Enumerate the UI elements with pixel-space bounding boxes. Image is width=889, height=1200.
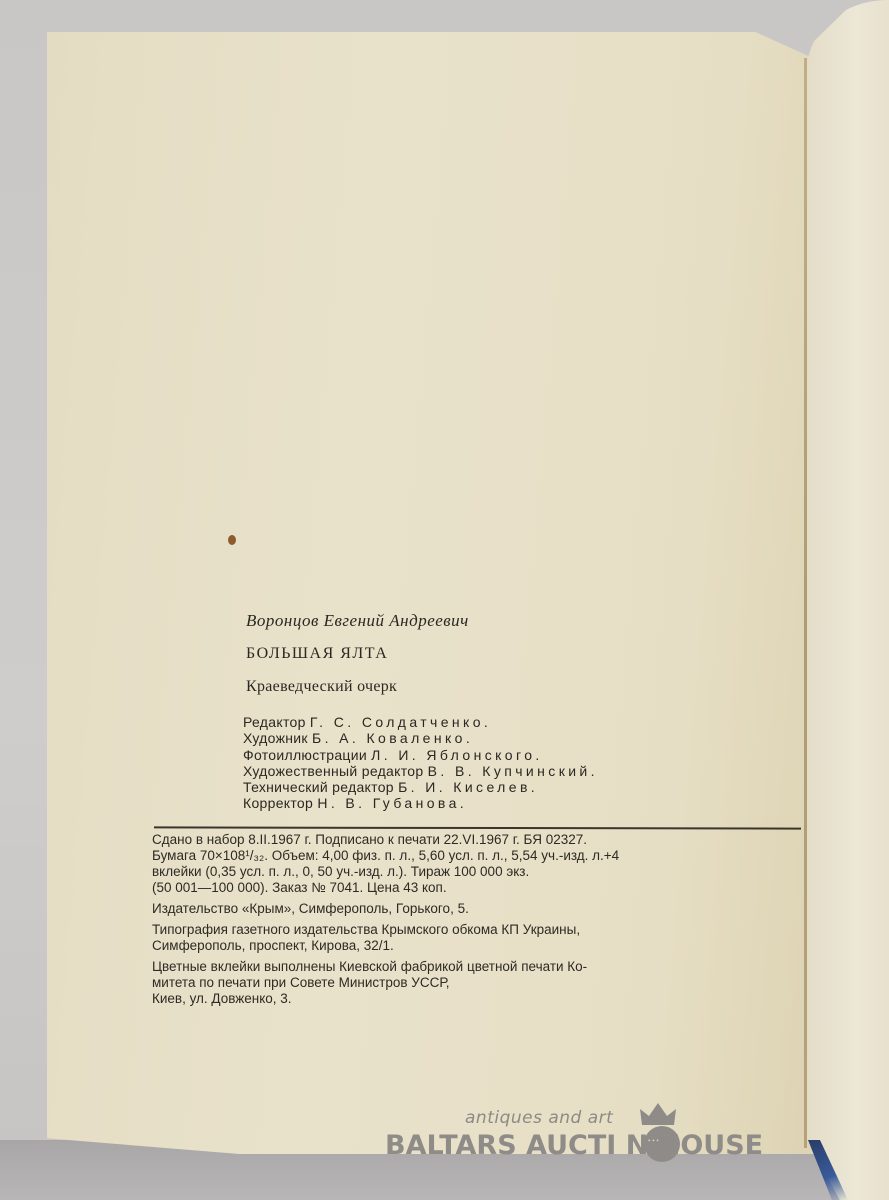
credit-name: Н. В. Губанова.	[317, 795, 467, 811]
credit-line: Художественный редактор В. В. Купчинский…	[243, 763, 598, 779]
imprint-line: Сдано в набор 8.II.1967 г. Подписано к п…	[152, 832, 812, 848]
credit-name: Б. И. Киселев.	[398, 779, 538, 795]
book-title: БОЛЬШАЯ ЯЛТА	[246, 645, 388, 663]
credit-line: Фотоиллюстрации Л. И. Яблонского.	[243, 747, 598, 763]
facing-page-edge	[807, 0, 889, 1200]
credit-role: Технический редактор	[243, 779, 394, 795]
watermark-brand: BALTARS AUCTI N HOUSE	[385, 1130, 763, 1161]
color-inserts-line: Цветные вклейки выполнены Киевской фабри…	[152, 959, 812, 975]
credit-line: Технический редактор Б. И. Киселев.	[243, 779, 598, 795]
credit-name: В. В. Купчинский.	[428, 763, 598, 779]
credit-role: Художественный редактор	[243, 763, 423, 779]
imprint-line: Бумага 70×108¹/₃₂. Объем: 4,00 физ. п. л…	[152, 848, 812, 864]
imprint-line: (50 001—100 000). Заказ № 7041. Цена 43 …	[152, 880, 812, 896]
credit-line: Редактор Г. С. Солдатченко.	[243, 714, 598, 730]
credit-name: Б. А. Коваленко.	[312, 730, 473, 746]
imprint-block: Сдано в набор 8.II.1967 г. Подписано к п…	[152, 832, 812, 1007]
credits-list: Редактор Г. С. Солдатченко. Художник Б. …	[243, 714, 598, 812]
credit-name: Л. И. Яблонского.	[371, 747, 543, 763]
credit-role: Редактор	[243, 714, 306, 730]
paper-stain	[228, 535, 236, 545]
crown-icon	[640, 1103, 676, 1125]
watermark-tagline: antiques and art	[465, 1108, 613, 1128]
author-name: Воронцов Евгений Андреевич	[246, 611, 469, 631]
credit-line: Корректор Н. В. Губанова.	[243, 795, 598, 811]
credit-role: Художник	[243, 730, 308, 746]
book-subtitle: Краеведческий очерк	[246, 678, 397, 696]
auction-watermark: antiques and art BALTARS AUCTI N HOUSE	[385, 1108, 815, 1168]
credit-name: Г. С. Солдатченко.	[310, 714, 491, 730]
imprint-line: вклейки (0,35 усл. п. л., 0, 50 уч.-изд.…	[152, 864, 812, 880]
credit-line: Художник Б. А. Коваленко.	[243, 730, 598, 746]
printer-line: Типография газетного издательства Крымск…	[152, 922, 812, 938]
color-inserts-line: митета по печати при Совете Министров УС…	[152, 975, 812, 991]
credit-role: Фотоиллюстрации	[243, 747, 367, 763]
color-inserts-line: Киев, ул. Довженко, 3.	[152, 991, 812, 1007]
credit-role: Корректор	[243, 795, 313, 811]
printer-line: Симферополь, проспект, Кирова, 32/1.	[152, 938, 812, 954]
publisher-line: Издательство «Крым», Симферополь, Горько…	[152, 901, 812, 917]
